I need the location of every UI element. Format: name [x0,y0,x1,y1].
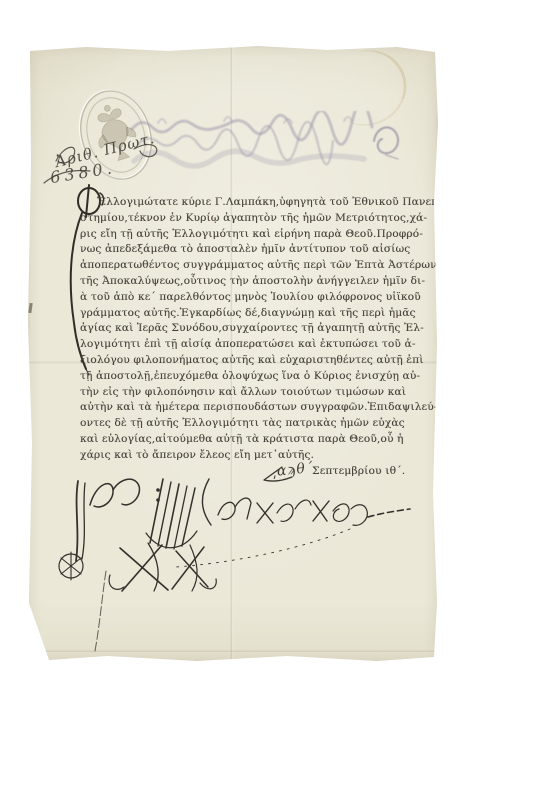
patriarch-signature [50,473,425,658]
typed-line: οντες δὲ τῇ αὐτῆς Ἐλλογιμότητι τὰς πατρι… [80,416,436,432]
typed-line: τὴν εἰς τὴν φιλοπόνησιν καὶ ἄλλων τοιούτ… [80,385,436,401]
typed-line: ρις εἴη τῇ αὐτῆς Ἐλλογιμότητι καὶ εἰρήνη… [80,227,436,243]
typed-line: τῇ ἀποστολῇ,ἐπευχόμεθα ὁλοψύχως ἵνα ὁ Κύ… [80,369,436,385]
edge-ink-speck [28,303,32,313]
scan-background: Ἀριθ. Πρωτ. 6380. Ἐλλογιμώτατε κύριε Γ.Λ… [0,0,549,800]
typed-line: Ἐλλογιμώτατε κύριε Γ.Λαμπάκη,ὑφηγητὰ τοῦ… [80,195,436,211]
typed-line: ὰ τοῦ ἀπὸ κε΄ παρελθόντος μηνὸς Ἰουλίου … [80,290,436,306]
typed-line: γράμματος αὐτῆς.Ἐγκαρδίως δέ,διαγνώμῃ κα… [80,306,436,322]
typed-line: ἁγίας καὶ Ἱερᾶς Συνόδου,συγχαίροντες τῇ … [80,321,436,337]
typed-line: αὐτὴν καὶ τὰ ἡμέτερα περισπουδάστων συγγ… [80,400,436,416]
typed-line: καὶ εὐλογίας,αἰτούμεθα αὐτῇ τὰ κράτιστα … [80,432,436,448]
letter-paper: Ἀριθ. Πρωτ. 6380. Ἐλλογιμώτατε κύριε Γ.Λ… [28,45,438,662]
typed-line: χάρις καὶ τὸ ἄπειρον ἔλεος εἴη μετ᾽αὐτῆς… [80,448,436,464]
typed-line: νως ἀπεδεξάμεθα τὸ ἀποσταλὲν ἡμῖν ἀντίτυ… [80,242,436,258]
letter-body: Ἐλλογιμώτατε κύριε Γ.Λαμπάκη,ὑφηγητὰ τοῦ… [80,195,436,464]
typed-line: στημίου,τέκνον ἐν Κυρίῳ ἀγαπητὸν τῆς ἡμῶ… [80,211,436,227]
typed-line: τῆς Ἀποκαλύψεως,οὗτινος τὴν ἀποστολὴν ἀν… [80,274,436,290]
stamp-right-flourish [374,127,398,159]
typed-line: ἀποπερατωθέντος συγγράμματος αὐτῆς περὶ … [80,258,436,274]
typed-line: λογιμότητι ἐπὶ τῇ αἰσίᾳ ἀποπερατώσει καὶ… [80,337,436,353]
typed-line: ξιολόγου φιλοπονήματος αὐτῆς καὶ εὐχαρισ… [80,353,436,369]
